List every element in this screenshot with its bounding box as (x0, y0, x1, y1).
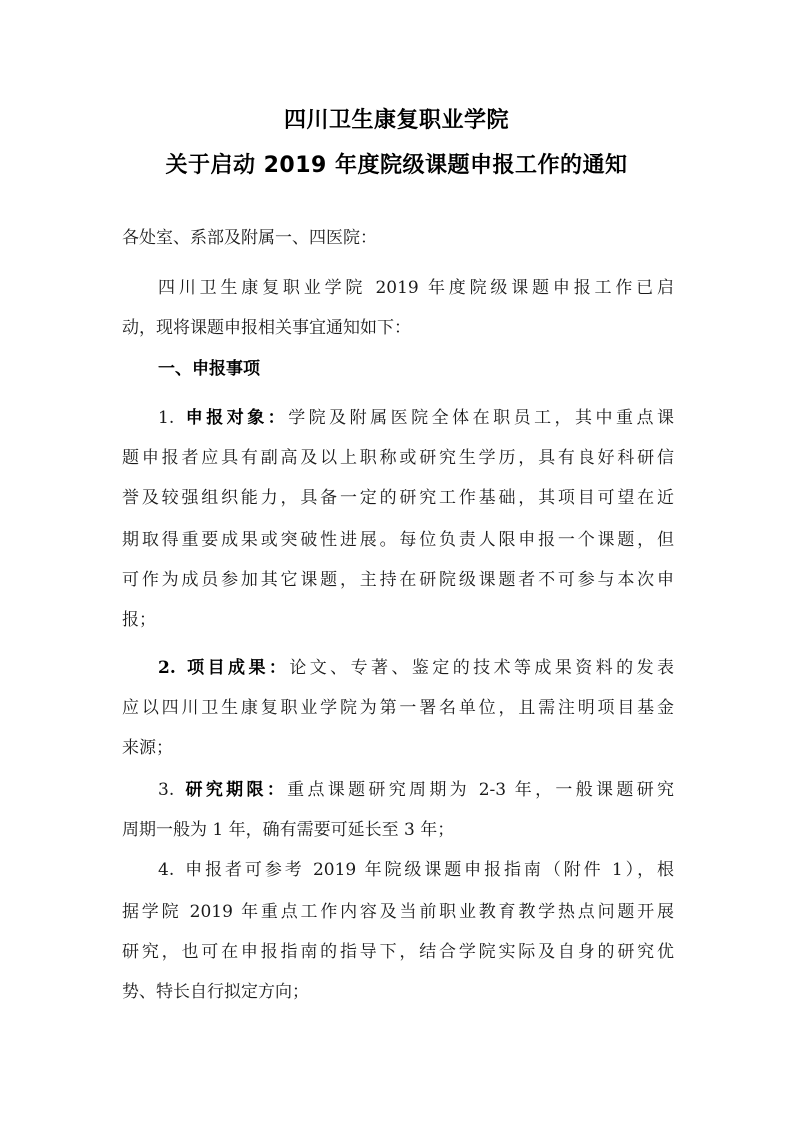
item-3-label: 研究期限： (182, 780, 287, 800)
item-1-line: 誉及较强组织能力，具备一定的研究工作基础，其项目可望在近 (122, 486, 674, 510)
section-heading: 一、申报事项 (158, 357, 260, 381)
item-2-line: 来源； (122, 736, 674, 760)
intro-line-1: 四川卫生康复职业学院 2019 年度院级课题申报工作已启 (158, 276, 674, 300)
item-3-line: 周期一般为 1 年，确有需要可延长至 3 年； (122, 818, 674, 842)
item-1-line: 报； (122, 608, 674, 632)
item-4-number: 4. (158, 860, 174, 880)
item-2-first-line: 2.项目成果：论文、专著、鉴定的技术等成果资料的发表 (158, 656, 674, 680)
document-page: 四川卫生康复职业学院 关于启动 2019 年度院级课题申报工作的通知 各处室、系… (0, 0, 793, 1122)
item-4-line: 势、特长自行拟定方向； (122, 980, 674, 1004)
item-4-first-line: 4.申报者可参考 2019 年院级课题申报指南（附件 1），根 (158, 858, 674, 882)
item-3-text: 重点课题研究周期为 2-3 年，一般课题研究 (287, 780, 674, 800)
item-4-line: 据学院 2019 年重点工作内容及当前职业教育教学热点问题开展 (122, 900, 674, 924)
intro-line-2: 动，现将课题申报相关事宜通知如下： (122, 316, 674, 340)
document-title-notice: 关于启动 2019 年度院级课题申报工作的通知 (0, 148, 793, 179)
item-2-number: 2. (158, 658, 176, 678)
item-4-text: 申报者可参考 2019 年院级课题申报指南（附件 1），根 (182, 860, 674, 880)
document-title-institution: 四川卫生康复职业学院 (0, 103, 793, 134)
item-2-label: 项目成果： (184, 658, 290, 678)
item-1-label: 申报对象： (182, 408, 288, 428)
item-2-line: 应以四川卫生康复职业学院为第一署名单位，且需注明项目基金 (122, 696, 674, 720)
item-1-number: 1. (158, 408, 174, 428)
item-1-first-line: 1.申报对象：学院及附属医院全体在职员工，其中重点课 (158, 406, 674, 430)
salutation: 各处室、系部及附属一、四医院： (122, 226, 674, 250)
item-1-line: 可作为成员参加其它课题，主持在研院级课题者不可参与本次申 (122, 568, 674, 592)
item-1-line: 题申报者应具有副高及以上职称或研究生学历，具有良好科研信 (122, 446, 674, 470)
item-2-text: 论文、专著、鉴定的技术等成果资料的发表 (289, 658, 674, 678)
item-4-line: 研究，也可在申报指南的指导下，结合学院实际及自身的研究优 (122, 940, 674, 964)
item-1-text: 学院及附属医院全体在职员工，其中重点课 (288, 408, 674, 428)
item-1-line: 期取得重要成果或突破性进展。每位负责人限申报一个课题，但 (122, 528, 674, 552)
item-3-number: 3. (158, 780, 174, 800)
item-3-first-line: 3.研究期限：重点课题研究周期为 2-3 年，一般课题研究 (158, 778, 674, 802)
